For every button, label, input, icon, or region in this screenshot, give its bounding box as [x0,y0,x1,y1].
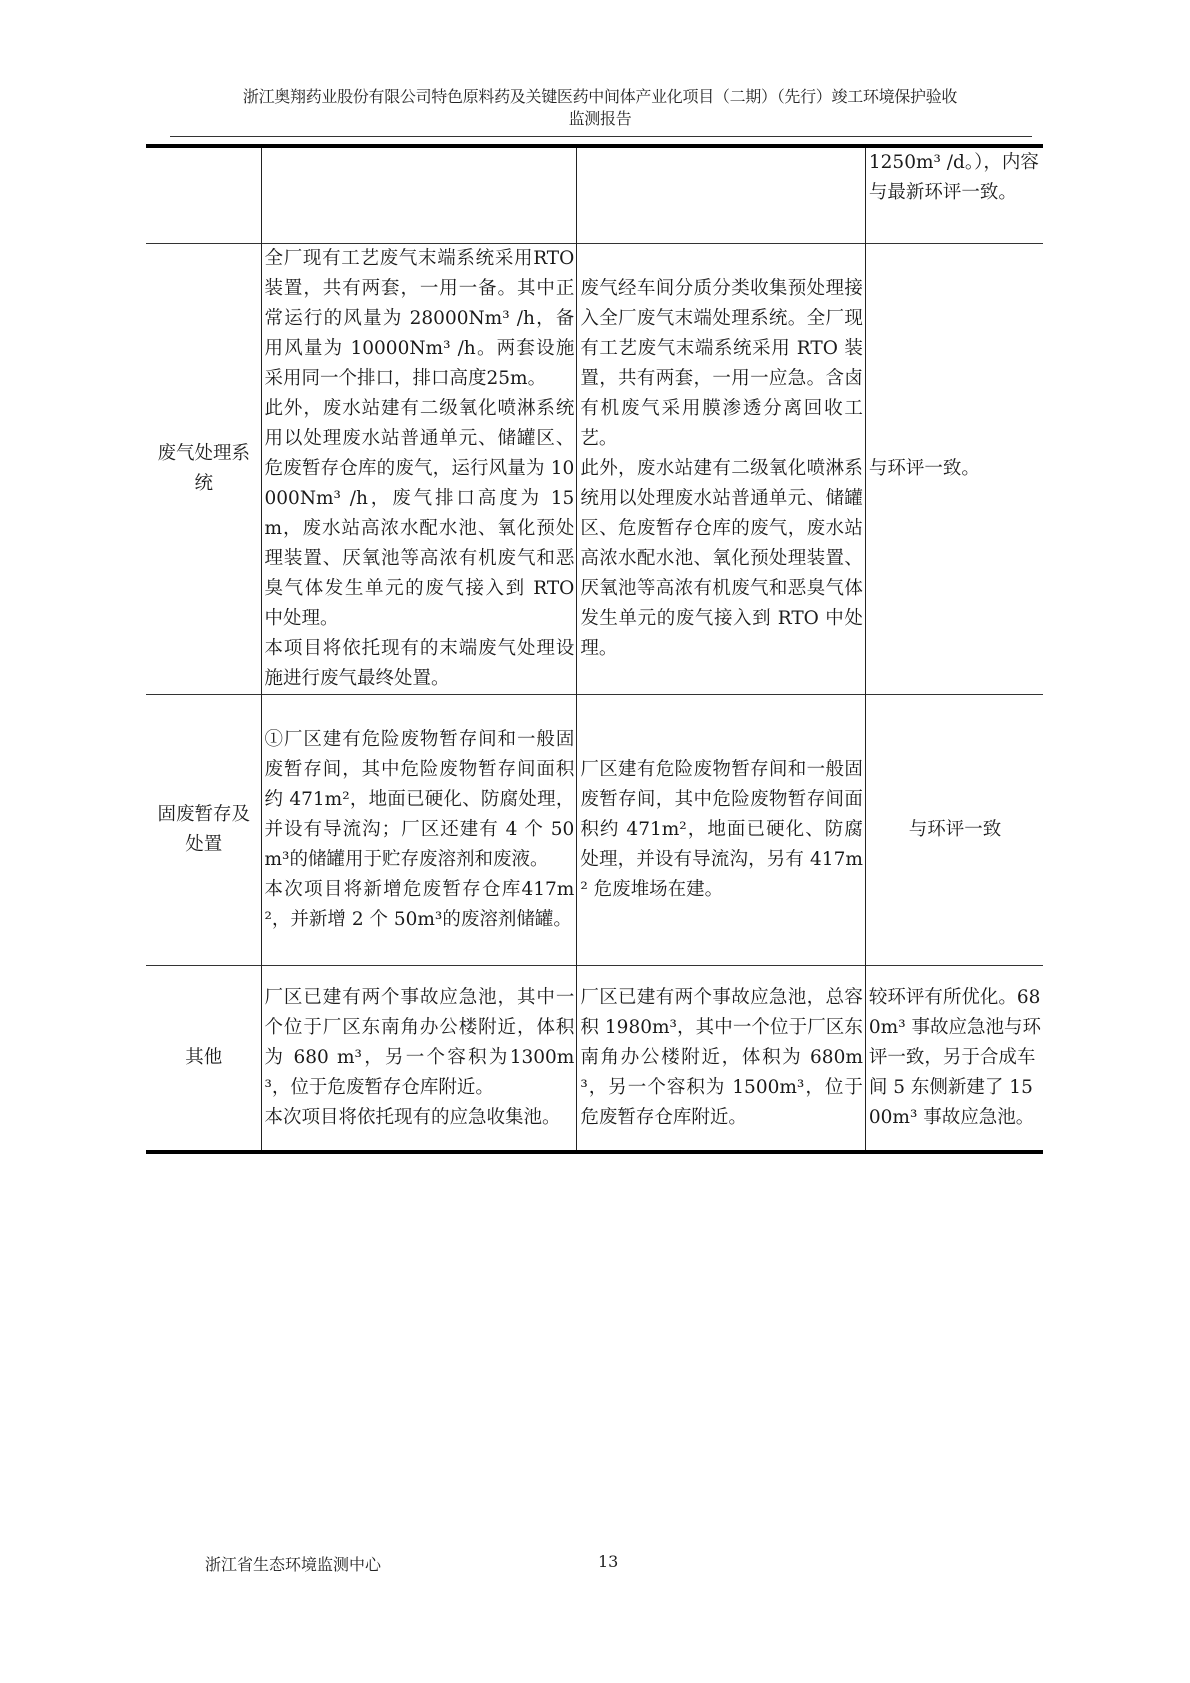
actual-content-cell: 废气经车间分质分类收集预处理接入全厂废气末端处理系统。全厂现有工艺废气末端系统采… [577,243,866,694]
actual-paragraph: 厂区已建有两个事故应急池，总容积 1980m³，其中一个位于厂区东南角办公楼附近… [580,983,863,1133]
note-cell: 与环评一致。 [865,243,1043,694]
note-text: 与环评一致 [869,815,1041,845]
actual-content-cell: 厂区建有危险废物暂存间和一般固废暂存间，其中危险废物暂存间面积约 471m²，地… [577,694,866,965]
note-text: 1250m³ /d。），内容与最新环评一致。 [869,148,1041,208]
note-cell: 1250m³ /d。），内容与最新环评一致。 [865,146,1043,243]
comparison-table: 1250m³ /d。），内容与最新环评一致。 废气处理系统 全厂现有工艺废气末端… [146,144,1043,1154]
eia-content-cell: ①厂区建有危险废物暂存间和一般固废暂存间，其中危险废物暂存间面积约 471m²，… [261,694,577,965]
eia-paragraph: 此外，废水站建有二级氧化喷淋系统用以处理废水站普通单元、储罐区、危废暂存仓库的废… [265,394,575,634]
category-cell: 废气处理系统 [146,243,261,694]
eia-paragraph: ①厂区建有危险废物暂存间和一般固废暂存间，其中危险废物暂存间面积约 471m²，… [265,725,575,875]
note-cell: 较环评有所优化。680m³ 事故应急池与环评一致，另于合成车间 5 东侧新建了 … [865,965,1043,1152]
eia-content-cell: 厂区已建有两个事故应急池，其中一个位于厂区东南角办公楼附近，体积为 680 m³… [261,965,577,1152]
actual-paragraph: 废气经车间分质分类收集预处理接入全厂废气末端处理系统。全厂现有工艺废气末端系统采… [580,274,863,454]
category-cell: 其他 [146,965,261,1152]
note-text: 与环评一致。 [869,454,1041,484]
page-number: 13 [598,1552,618,1571]
actual-content-cell [577,146,866,243]
eia-paragraph: 全厂现有工艺废气末端系统采用RTO 装置，共有两套，一用一备。其中正常运行的风量… [265,244,575,394]
report-subtitle: 监测报告 [150,108,1050,130]
actual-paragraph: 此外，废水站建有二级氧化喷淋系统用以处理废水站普通单元、储罐区、危废暂存仓库的废… [580,454,863,664]
eia-content-cell [261,146,577,243]
eia-paragraph: 厂区已建有两个事故应急池，其中一个位于厂区东南角办公楼附近，体积为 680 m³… [265,983,575,1103]
table-row: 废气处理系统 全厂现有工艺废气末端系统采用RTO 装置，共有两套，一用一备。其中… [146,243,1043,694]
table-row: 其他 厂区已建有两个事故应急池，其中一个位于厂区东南角办公楼附近，体积为 680… [146,965,1043,1152]
eia-paragraph: 本次项目将依托现有的应急收集池。 [265,1103,575,1133]
category-cell: 固废暂存及处置 [146,694,261,965]
actual-paragraph: 厂区建有危险废物暂存间和一般固废暂存间，其中危险废物暂存间面积约 471m²，地… [580,755,863,905]
category-cell [146,146,261,243]
table-row: 固废暂存及处置 ①厂区建有危险废物暂存间和一般固废暂存间，其中危险废物暂存间面积… [146,694,1043,965]
eia-content-cell: 全厂现有工艺废气末端系统采用RTO 装置，共有两套，一用一备。其中正常运行的风量… [261,243,577,694]
report-title: 浙江奥翔药业股份有限公司特色原料药及关键医药中间体产业化项目（二期）（先行）竣工… [150,86,1050,108]
note-cell: 与环评一致 [865,694,1043,965]
eia-paragraph: 本次项目将新增危废暂存仓库417m²，并新增 2 个 50m³的废溶剂储罐。 [265,875,575,935]
header-divider [170,136,1032,137]
note-text: 较环评有所优化。680m³ 事故应急池与环评一致，另于合成车间 5 东侧新建了 … [869,983,1041,1133]
table-row: 1250m³ /d。），内容与最新环评一致。 [146,146,1043,243]
footer-organization: 浙江省生态环境监测中心 [205,1552,381,1575]
actual-content-cell: 厂区已建有两个事故应急池，总容积 1980m³，其中一个位于厂区东南角办公楼附近… [577,965,866,1152]
page-header: 浙江奥翔药业股份有限公司特色原料药及关键医药中间体产业化项目（二期）（先行）竣工… [150,86,1050,130]
eia-paragraph: 本项目将依托现有的末端废气处理设施进行废气最终处置。 [265,634,575,694]
